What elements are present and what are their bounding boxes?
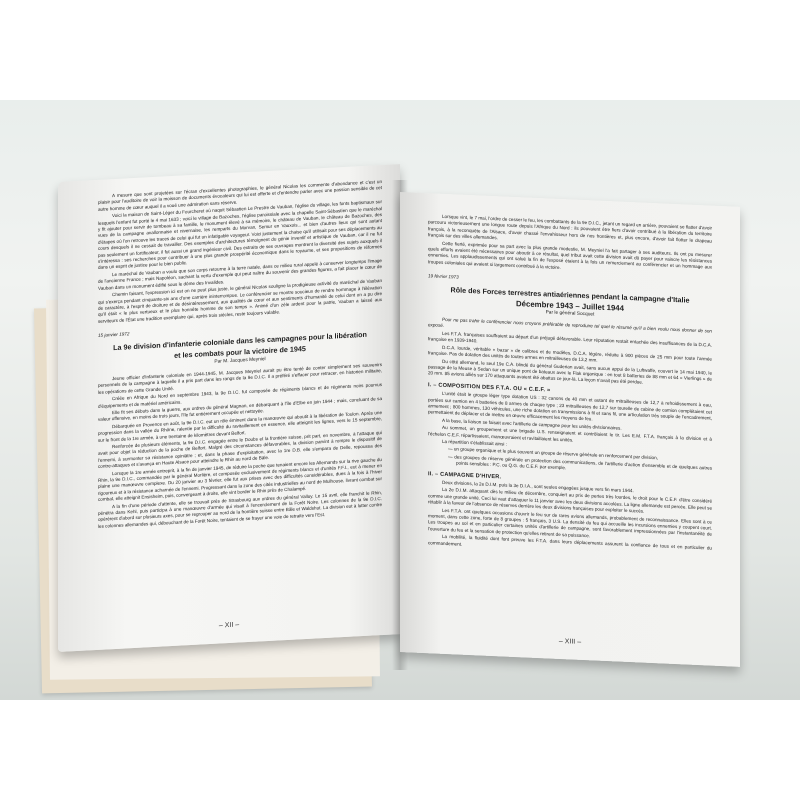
page-number: – XII – bbox=[58, 613, 400, 638]
right-page: Lorsque vint, le 7 mai, l'ordre de cesse… bbox=[400, 192, 740, 667]
right-page-text: Lorsque vint, le 7 mai, l'ordre de cesse… bbox=[428, 213, 712, 559]
left-page: A mesure que sont projetées sur l'écran … bbox=[58, 164, 400, 652]
left-page-text: A mesure que sont projetées sur l'écran … bbox=[98, 179, 382, 531]
book-photo: A mesure que sont projetées sur l'écran … bbox=[0, 100, 800, 700]
page-number: – XIII – bbox=[400, 631, 740, 653]
